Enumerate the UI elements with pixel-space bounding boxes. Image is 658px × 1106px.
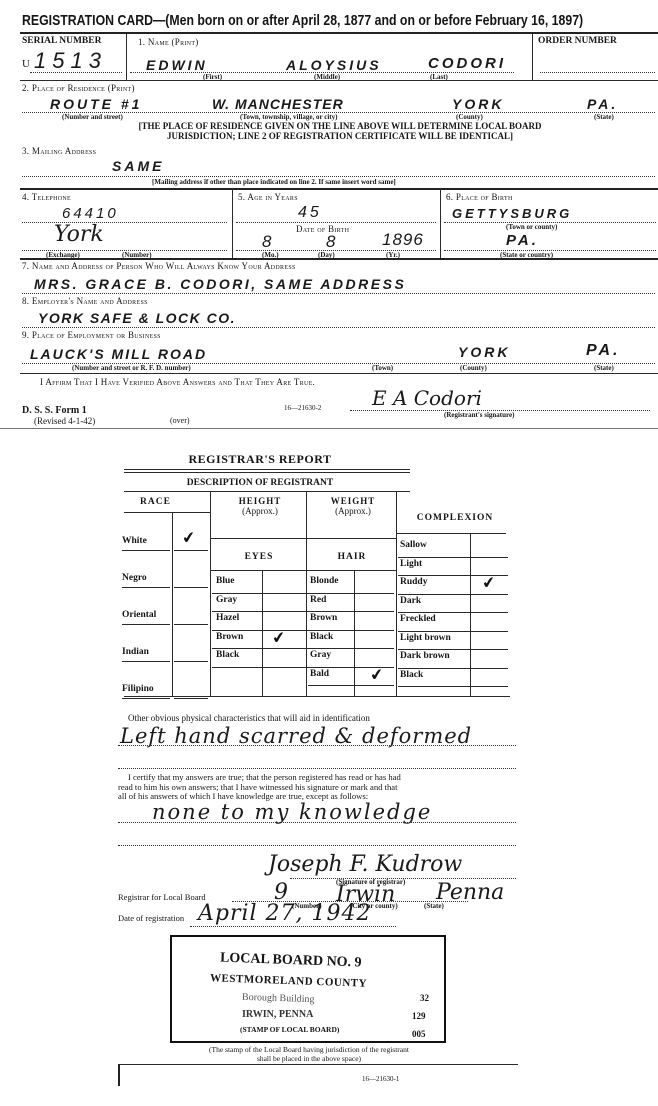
complexion-option-label: Light <box>400 559 422 569</box>
name-first: EDWIN <box>146 57 208 73</box>
board-label: Registrar for Local Board <box>118 892 206 902</box>
check-mark-icon: ✔ <box>181 527 197 548</box>
residence-label: 2. Place of Residence (Print) <box>22 83 135 93</box>
eyes-header: EYES <box>212 552 306 562</box>
employer-value: YORK SAFE & LOCK CO. <box>38 310 236 326</box>
contact-label: 7. Name and Address of Person Who Will A… <box>22 261 296 271</box>
check-mark-icon: ✔ <box>369 664 385 685</box>
hair-header: HAIR <box>308 552 396 562</box>
age-value: 45 <box>298 204 322 222</box>
hair-option-label: Bald <box>310 669 329 679</box>
print-code-front: 16—21630-2 <box>284 404 321 412</box>
race-option-label: White <box>122 536 147 546</box>
race-option-label: Filipino <box>122 684 154 694</box>
residence-state: PA. <box>587 96 618 112</box>
residence-county: YORK <box>452 96 504 112</box>
serial-number-value: 1513 <box>34 48 107 74</box>
other-characteristics-label: Other obvious physical characteristics t… <box>128 713 370 723</box>
employment-street: LAUCK'S MILL ROAD <box>30 346 207 362</box>
birthplace-town: GETTYSBURG <box>452 206 572 221</box>
form-revision: (Revised 4-1-42) <box>34 416 95 426</box>
hair-option-label: Brown <box>310 613 337 623</box>
complexion-option-label: Light brown <box>400 633 451 643</box>
serial-prefix: U <box>22 58 30 70</box>
age-label: 5. Age in Years <box>238 192 298 202</box>
complexion-header: COMPLEXION <box>400 513 510 523</box>
race-header: RACE <box>140 497 171 507</box>
complexion-option-label: Ruddy <box>400 577 427 587</box>
registrant-signature: E A Codori <box>372 386 482 410</box>
hair-option-label: Red <box>310 595 326 605</box>
height-header: HEIGHT (Approx.) <box>212 496 308 516</box>
eyes-option-label: Black <box>216 650 239 660</box>
exceptions-value: none to my knowledge <box>152 800 432 824</box>
dob-label: Date of Birth <box>296 224 349 234</box>
complexion-option-label: Freckled <box>400 614 436 624</box>
name-last: CODORI <box>428 55 506 72</box>
complexion-option-label: Dark brown <box>400 651 450 661</box>
name-label: 1. Name (Print) <box>138 37 199 47</box>
over-note: (over) <box>170 416 190 425</box>
complexion-option-label: Sallow <box>400 540 427 550</box>
mailing-value: SAME <box>112 158 164 174</box>
form-id: D. S. S. Form 1 <box>22 405 87 416</box>
date-label: Date of registration <box>118 913 184 923</box>
complexion-option-label: Dark <box>400 596 421 606</box>
eyes-option-label: Blue <box>216 576 234 586</box>
telephone-label: 4. Telephone <box>22 192 71 202</box>
employment-county: YORK <box>458 344 510 360</box>
complexion-option-label: Black <box>400 670 423 680</box>
race-option-label: Negro <box>122 573 147 583</box>
residence-street: ROUTE #1 <box>50 96 142 112</box>
certification-text: I certify that my answers are true; that… <box>118 773 401 802</box>
residence-notice: [THE PLACE OF RESIDENCE GIVEN ON THE LIN… <box>60 121 620 141</box>
eyes-option-label: Gray <box>216 595 237 605</box>
contact-value: MRS. GRACE B. CODORI, SAME ADDRESS <box>34 276 406 292</box>
residence-town: W. MANCHESTER <box>212 96 344 112</box>
birthplace-label: 6. Place of Birth <box>446 192 513 202</box>
card-title: REGISTRATION CARD—(Men born on or after … <box>22 12 583 29</box>
telephone-exchange: York <box>54 222 104 247</box>
serial-number-label: SERIAL NUMBER <box>22 36 101 46</box>
check-mark-icon: ✔ <box>481 572 497 593</box>
local-board-stamp: LOCAL BOARD NO. 9 WESTMORELAND COUNTY Bo… <box>170 935 446 1043</box>
eyes-option-label: Brown <box>216 632 243 642</box>
telephone-number: 64410 <box>62 205 119 222</box>
print-code-back: 16—21630-1 <box>362 1075 399 1083</box>
mailing-label: 3. Mailing Address <box>22 146 96 156</box>
hair-option-label: Blonde <box>310 576 339 586</box>
report-title: REGISTRAR'S REPORT <box>110 452 410 467</box>
employment-label: 9. Place of Employment or Business <box>22 330 161 340</box>
name-middle: ALOYSIUS <box>286 57 382 73</box>
registrar-signature: Joseph F. Kudrow <box>268 852 462 877</box>
registration-date: April 27, 1942 <box>198 901 372 926</box>
weight-header: WEIGHT (Approx.) <box>308 496 398 516</box>
race-option-label: Indian <box>122 647 149 657</box>
order-number-label: ORDER NUMBER <box>538 36 617 46</box>
dob-month: 8 <box>262 232 274 252</box>
check-mark-icon: ✔ <box>271 627 287 648</box>
birthplace-state: PA. <box>506 232 539 249</box>
dob-year: 1896 <box>382 230 424 250</box>
hair-option-label: Black <box>310 632 333 642</box>
hair-option-label: Gray <box>310 650 331 660</box>
dob-day: 8 <box>326 232 338 252</box>
employer-label: 8. Employer's Name and Address <box>22 296 148 306</box>
eyes-option-label: Hazel <box>216 613 239 623</box>
race-option-label: Oriental <box>122 610 156 620</box>
report-subtitle: DESCRIPTION OF REGISTRANT <box>110 478 410 488</box>
stamp-note: (The stamp of the Local Board having jur… <box>164 1046 454 1063</box>
affirmation-text: I Affirm That I Have Verified Above Answ… <box>40 377 315 387</box>
employment-state: PA. <box>586 342 620 360</box>
